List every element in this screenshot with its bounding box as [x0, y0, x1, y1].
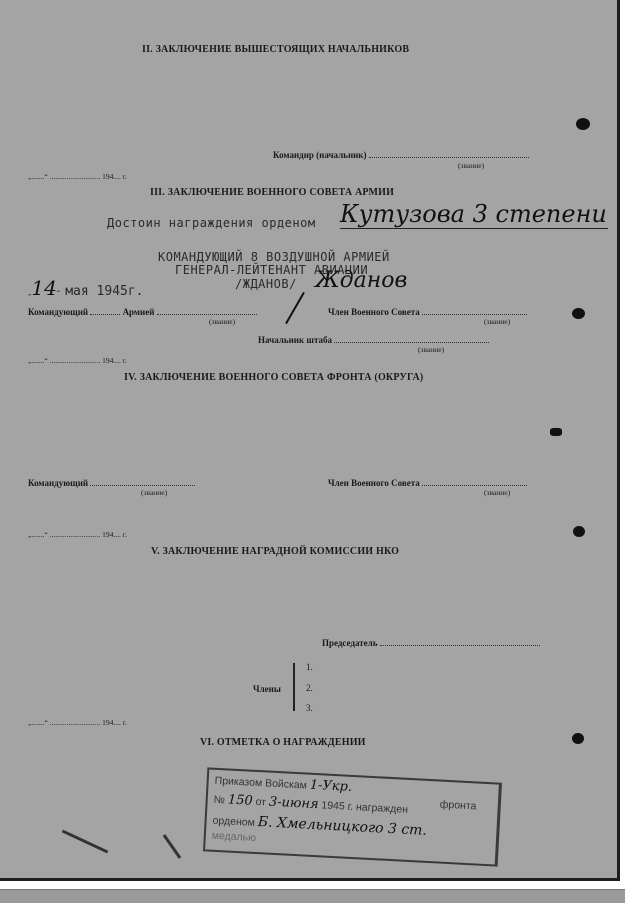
award-stamp: Приказом Войскам 1-Укр. фронта № 150 от … [203, 767, 502, 866]
stamp-front-name: 1-Укр. [309, 778, 352, 795]
stamp-year: 1945 г. награжден [321, 799, 408, 816]
pencil-mark [62, 830, 109, 854]
member-2: 2. [306, 683, 313, 693]
dotted-line [90, 477, 195, 486]
rank-hint: (звание) [484, 488, 510, 497]
section-3-heading: III. ЗАКЛЮЧЕНИЕ ВОЕННОГО СОВЕТА АРМИИ [150, 187, 394, 198]
dotted-line [422, 306, 527, 315]
punch-hole-mark [572, 733, 584, 744]
award-document-page: II. ЗАКЛЮЧЕНИЕ ВЫШЕСТОЯЩИХ НАЧАЛЬНИКОВ К… [0, 0, 620, 881]
rank-hint: (звание) [458, 161, 484, 170]
army-commander-row: Командующий Армией [28, 306, 257, 317]
dotted-line [334, 334, 489, 343]
members-bracket [293, 663, 295, 711]
next-page-edge [0, 889, 625, 903]
date-month-year: мая 1945г. [65, 284, 143, 299]
punch-hole-mark [572, 308, 585, 319]
section-5-date-line: „.......“ ........................... 19… [28, 718, 127, 727]
stamp-from-label: от [255, 796, 266, 809]
member-3: 3. [306, 703, 313, 713]
punch-hole-mark [550, 428, 562, 436]
council-member-row: Член Военного Совета [328, 477, 527, 488]
section-3-date-line: „.......“ ........................... 19… [28, 356, 127, 365]
front-commander-row: Командующий [28, 477, 195, 488]
council-member-label: Член Военного Совета [328, 478, 420, 488]
punch-hole-mark [576, 118, 590, 130]
stamp-order-number: 150 [228, 792, 254, 808]
section-5-heading: V. ЗАКЛЮЧЕНИЕ НАГРАДНОЙ КОМИССИИ НКО [151, 546, 399, 557]
section-6-heading: VI. ОТМЕТКА О НАГРАЖДЕНИИ [200, 737, 366, 748]
dotted-line [157, 306, 257, 315]
commander-label: Командующий [28, 478, 88, 488]
typed-commander-title: КОМАНДУЮЩИЙ 8 ВОЗДУШНОЙ АРМИЕЙ [158, 250, 390, 264]
rank-hint: (звание) [209, 317, 235, 326]
commander-label: Командир (начальник) [273, 150, 367, 160]
member-1: 1. [306, 662, 313, 672]
chairman-row: Председатель [322, 637, 540, 648]
dotted-line [90, 306, 120, 315]
stamp-date: 3-июня [269, 795, 319, 813]
chief-of-staff-row: Начальник штаба [258, 334, 489, 345]
council-member-row: Член Военного Совета [328, 306, 527, 317]
stamp-order-label: Приказом Войскам [214, 775, 307, 792]
commander-signature-line [369, 149, 529, 158]
rank-hint: (звание) [418, 345, 444, 354]
stamp-order-label: орденом [212, 815, 255, 829]
army-label: Армией [123, 307, 155, 317]
signature-stroke [285, 292, 305, 324]
stamp-front-label: фронта [439, 799, 476, 813]
stamp-number-prefix: № [213, 794, 225, 807]
punch-hole-mark [573, 526, 585, 537]
chief-of-staff-label: Начальник штаба [258, 335, 332, 345]
pencil-mark [163, 834, 182, 859]
typed-name: /ЖДАНОВ/ [235, 277, 297, 291]
dotted-line [422, 477, 527, 486]
chairman-label: Председатель [322, 638, 377, 648]
section-4-heading: IV. ЗАКЛЮЧЕНИЕ ВОЕННОГО СОВЕТА ФРОНТА (О… [124, 372, 423, 383]
commander-label: Командующий [28, 307, 88, 317]
award-order-value: Кутузова 3 степени [340, 200, 608, 229]
section-4-date-line: „.......“ ........................... 19… [28, 530, 127, 539]
worthy-label: Достоин награждения орденом [107, 216, 316, 230]
section-2-commander-row: Командир (начальник) [273, 149, 529, 160]
stamp-award-name: Б. Хмельницкого 3 ст. [257, 814, 427, 839]
dotted-line [380, 637, 540, 646]
section-3-date: „14“ мая 1945г. [28, 276, 144, 300]
commander-signature: Жданов [315, 268, 407, 293]
members-label: Члены [253, 684, 281, 694]
rank-hint: (звание) [484, 317, 510, 326]
council-member-label: Член Военного Совета [328, 307, 420, 317]
rank-hint: (звание) [141, 488, 167, 497]
section-2-heading: II. ЗАКЛЮЧЕНИЕ ВЫШЕСТОЯЩИХ НАЧАЛЬНИКОВ [142, 44, 409, 55]
section-2-date-line: „.......“ ........................... 19… [28, 172, 127, 181]
stamp-medal-label: медалью [212, 830, 257, 844]
date-day: 14 [31, 276, 56, 300]
